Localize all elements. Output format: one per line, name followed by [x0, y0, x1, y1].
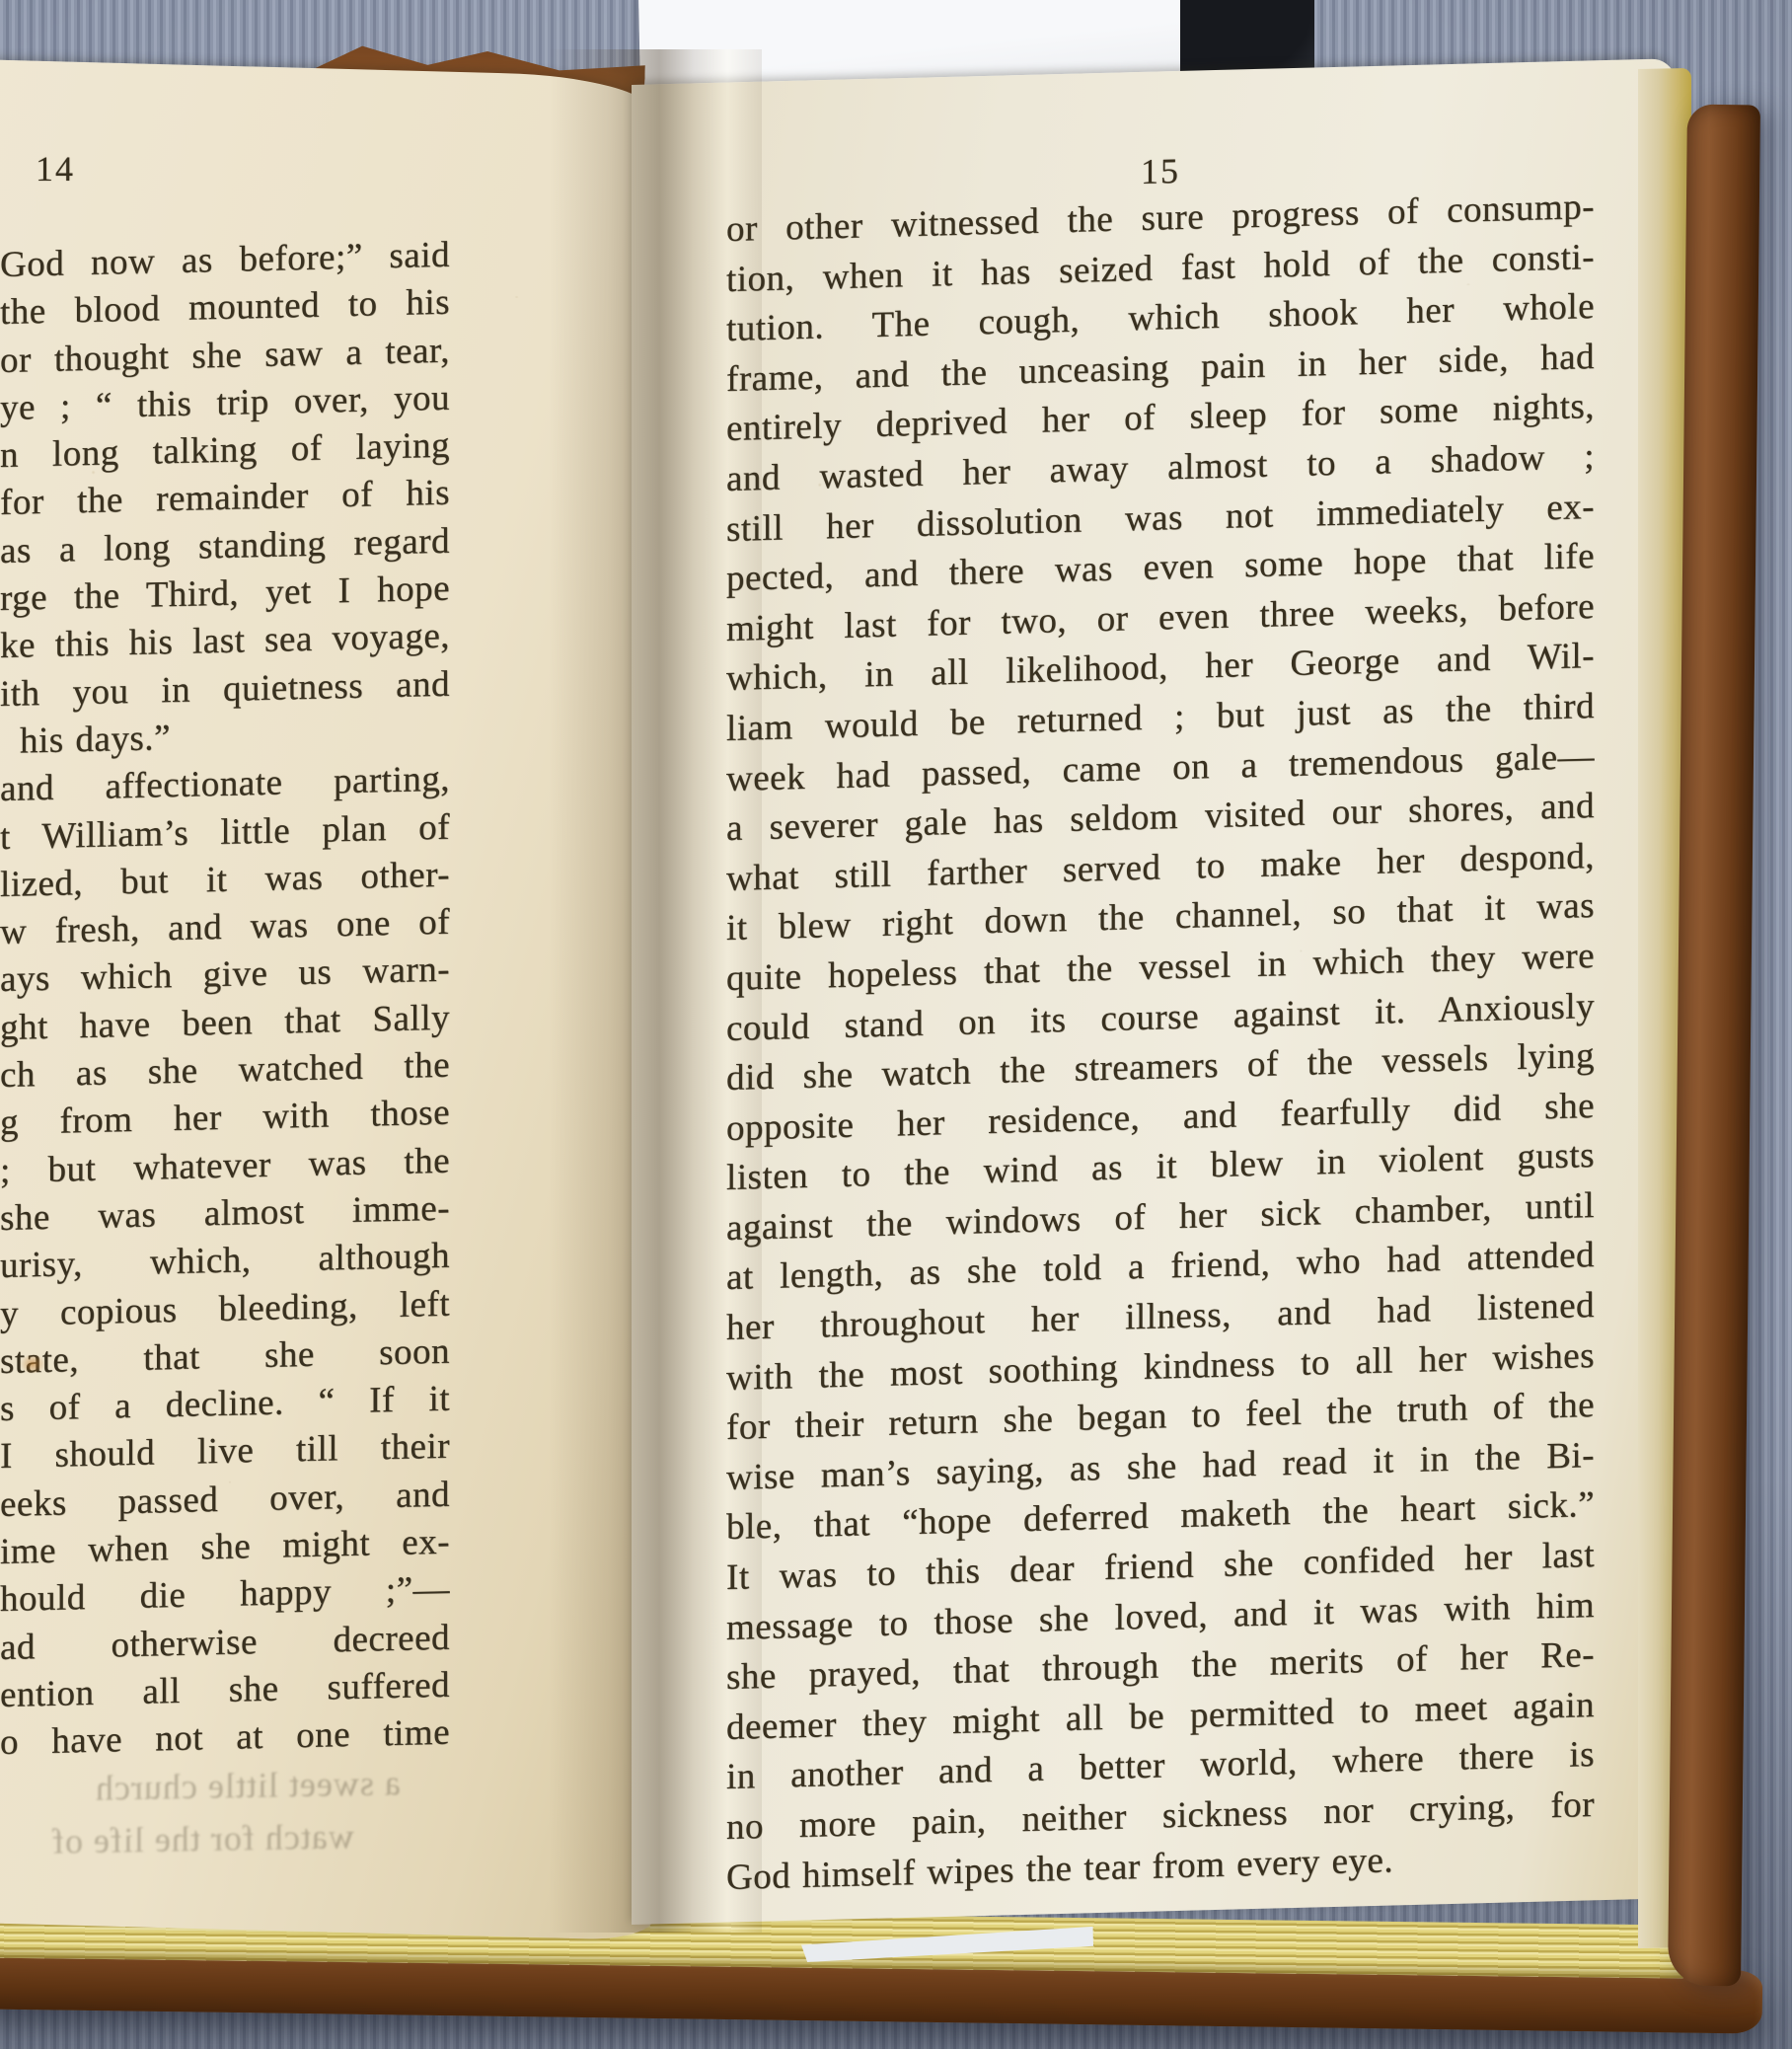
left-page-text: God now as before;” saidthe blood mounte…	[0, 232, 450, 1768]
show-through-text-line: a sweet little church	[95, 1762, 401, 1808]
text-line: o have not at one time	[0, 1709, 450, 1768]
show-through-text-line: watch for the life of	[51, 1815, 354, 1861]
book-photo-scene: 14 15 God now as before;” saidthe blood …	[0, 0, 1792, 2049]
text-line: ith you in quietness and	[0, 660, 450, 719]
stain-spot	[20, 1354, 45, 1374]
right-page-text: or other witnessed the sure progress of …	[726, 183, 1595, 1903]
left-page-number: 14	[36, 148, 75, 190]
open-book: 14 15 God now as before;” saidthe blood …	[0, 0, 1792, 2049]
